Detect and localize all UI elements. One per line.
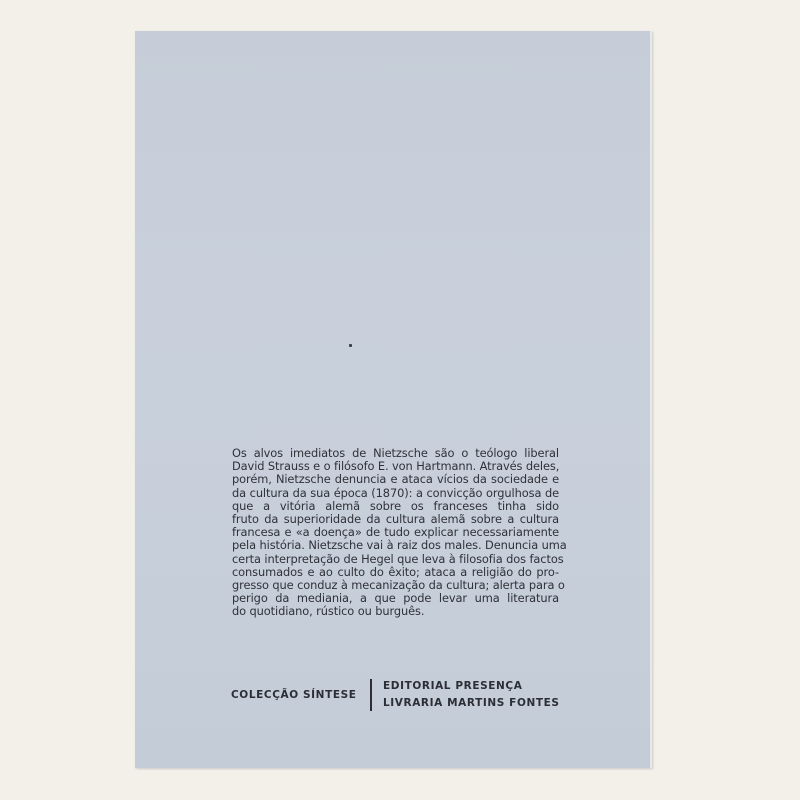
blurb-text: Os alvos imediatos de Nietzsche são o te… (232, 447, 559, 619)
blurb-line: do quotidiano, rústico ou burguês. (232, 605, 559, 618)
book-back-cover: Os alvos imediatos de Nietzsche são o te… (135, 31, 652, 768)
series-name: COLECÇÃO SÍNTESE (231, 689, 357, 701)
publisher-name: LIVRARIA MARTINS FONTES (383, 695, 560, 712)
blurb-line: pela história. Nietzsche vai à raiz dos … (232, 539, 559, 552)
blurb-line: porém, Nietzsche denuncia e ataca vícios… (232, 473, 559, 486)
blurb-line: da cultura da sua época (1870): a convic… (232, 487, 559, 500)
blurb-line: certa interpretação de Hegel que leva à … (232, 553, 559, 566)
cover-footer: COLECÇÃO SÍNTESE EDITORIAL PRESENÇA LIVR… (231, 676, 571, 716)
print-speck (349, 344, 352, 347)
publisher-name: EDITORIAL PRESENÇA (383, 678, 560, 695)
footer-divider (370, 679, 372, 711)
publisher-list: EDITORIAL PRESENÇA LIVRARIA MARTINS FONT… (383, 678, 560, 712)
